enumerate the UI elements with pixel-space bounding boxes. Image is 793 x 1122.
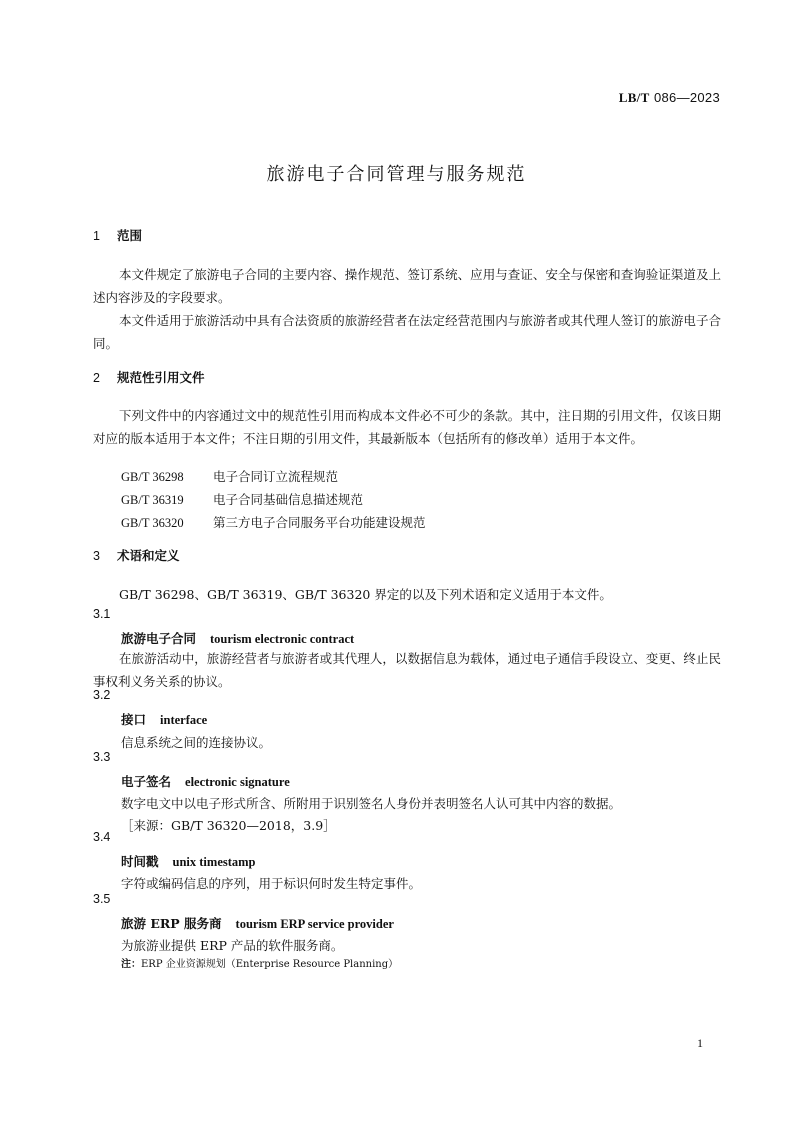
standard-code: LB/T 086—2023 [619, 90, 720, 106]
standard-prefix: LB/T [619, 90, 650, 105]
section-heading-terms: 3术语和定义 [93, 546, 180, 564]
term-en: interface [160, 713, 207, 727]
reference-code: GB/T 36298 [121, 470, 213, 485]
clause-number: 3.3 [93, 750, 110, 764]
term-zh: 电子签名 [121, 774, 171, 789]
clause-number: 3.1 [93, 607, 110, 621]
section-title: 术语和定义 [117, 548, 180, 563]
term-heading: 旅游电子合同tourism electronic contract [121, 629, 354, 647]
term-heading: 电子签名electronic signature [121, 772, 290, 790]
document-title: 旅游电子合同管理与服务规范 [0, 160, 793, 186]
note-text: ERP 企业资源规划（Enterprise Resource Planning） [141, 959, 398, 970]
section-heading-normative-refs: 2规范性引用文件 [93, 368, 205, 386]
note-label: 注： [121, 959, 141, 970]
term-note: 注：ERP 企业资源规划（Enterprise Resource Plannin… [121, 955, 398, 970]
clause-number: 3.5 [93, 892, 110, 906]
term-zh: 旅游电子合同 [121, 631, 196, 646]
section-title: 规范性引用文件 [117, 370, 205, 385]
term-en: tourism ERP service provider [236, 917, 394, 931]
section-title: 范围 [117, 228, 142, 243]
section-heading-scope: 1范围 [93, 226, 142, 244]
reference-item: GB/T 36298电子合同订立流程规范 [121, 467, 338, 485]
term-zh: 接口 [121, 712, 146, 727]
term-heading: 时间戳unix timestamp [121, 852, 256, 870]
section-number: 1 [93, 229, 117, 243]
term-en: unix timestamp [173, 855, 256, 869]
reference-title: 电子合同订立流程规范 [213, 469, 338, 484]
reference-title: 电子合同基础信息描述规范 [213, 492, 363, 507]
term-heading: 接口interface [121, 710, 207, 728]
term-definition: 字符或编码信息的序列，用于标识何时发生特定事件。 [121, 874, 421, 892]
reference-code: GB/T 36320 [121, 516, 213, 531]
section-number: 3 [93, 549, 117, 563]
term-definition: 在旅游活动中，旅游经营者与旅游者或其代理人，以数据信息为载体，通过电子通信手段设… [93, 647, 721, 693]
standard-number: 086—2023 [654, 90, 720, 105]
reference-code: GB/T 36319 [121, 493, 213, 508]
term-definition: 为旅游业提供 ERP 产品的软件服务商。 [121, 936, 343, 954]
terms-intro: GB/T 36298、GB/T 36319、GB/T 36320 界定的以及下列… [93, 583, 721, 606]
clause-number: 3.4 [93, 830, 110, 844]
term-zh: 时间戳 [121, 854, 159, 869]
reference-item: GB/T 36319电子合同基础信息描述规范 [121, 490, 363, 508]
term-en: tourism electronic contract [210, 632, 354, 646]
section-number: 2 [93, 371, 117, 385]
term-source: ［来源：GB/T 36320—2018，3.9］ [121, 816, 336, 834]
scope-paragraph-2: 本文件适用于旅游活动中具有合法资质的旅游经营者在法定经营范围内与旅游者或其代理人… [93, 309, 721, 355]
term-en: electronic signature [185, 775, 290, 789]
term-definition: 数字电文中以电子形式所含、所附用于识别签名人身份并表明签名人认可其中内容的数据。 [121, 794, 621, 812]
term-zh: 旅游 ERP 服务商 [121, 916, 222, 931]
term-heading: 旅游 ERP 服务商tourism ERP service provider [121, 914, 394, 932]
scope-paragraph-1: 本文件规定了旅游电子合同的主要内容、操作规范、签订系统、应用与查证、安全与保密和… [93, 263, 721, 309]
normative-refs-intro: 下列文件中的内容通过文中的规范性引用而构成本文件必不可少的条款。其中，注日期的引… [93, 404, 721, 450]
clause-number: 3.2 [93, 688, 110, 702]
page-number: 1 [697, 1036, 703, 1051]
reference-item: GB/T 36320第三方电子合同服务平台功能建设规范 [121, 513, 426, 531]
term-definition: 信息系统之间的连接协议。 [121, 733, 271, 751]
reference-title: 第三方电子合同服务平台功能建设规范 [213, 515, 426, 530]
